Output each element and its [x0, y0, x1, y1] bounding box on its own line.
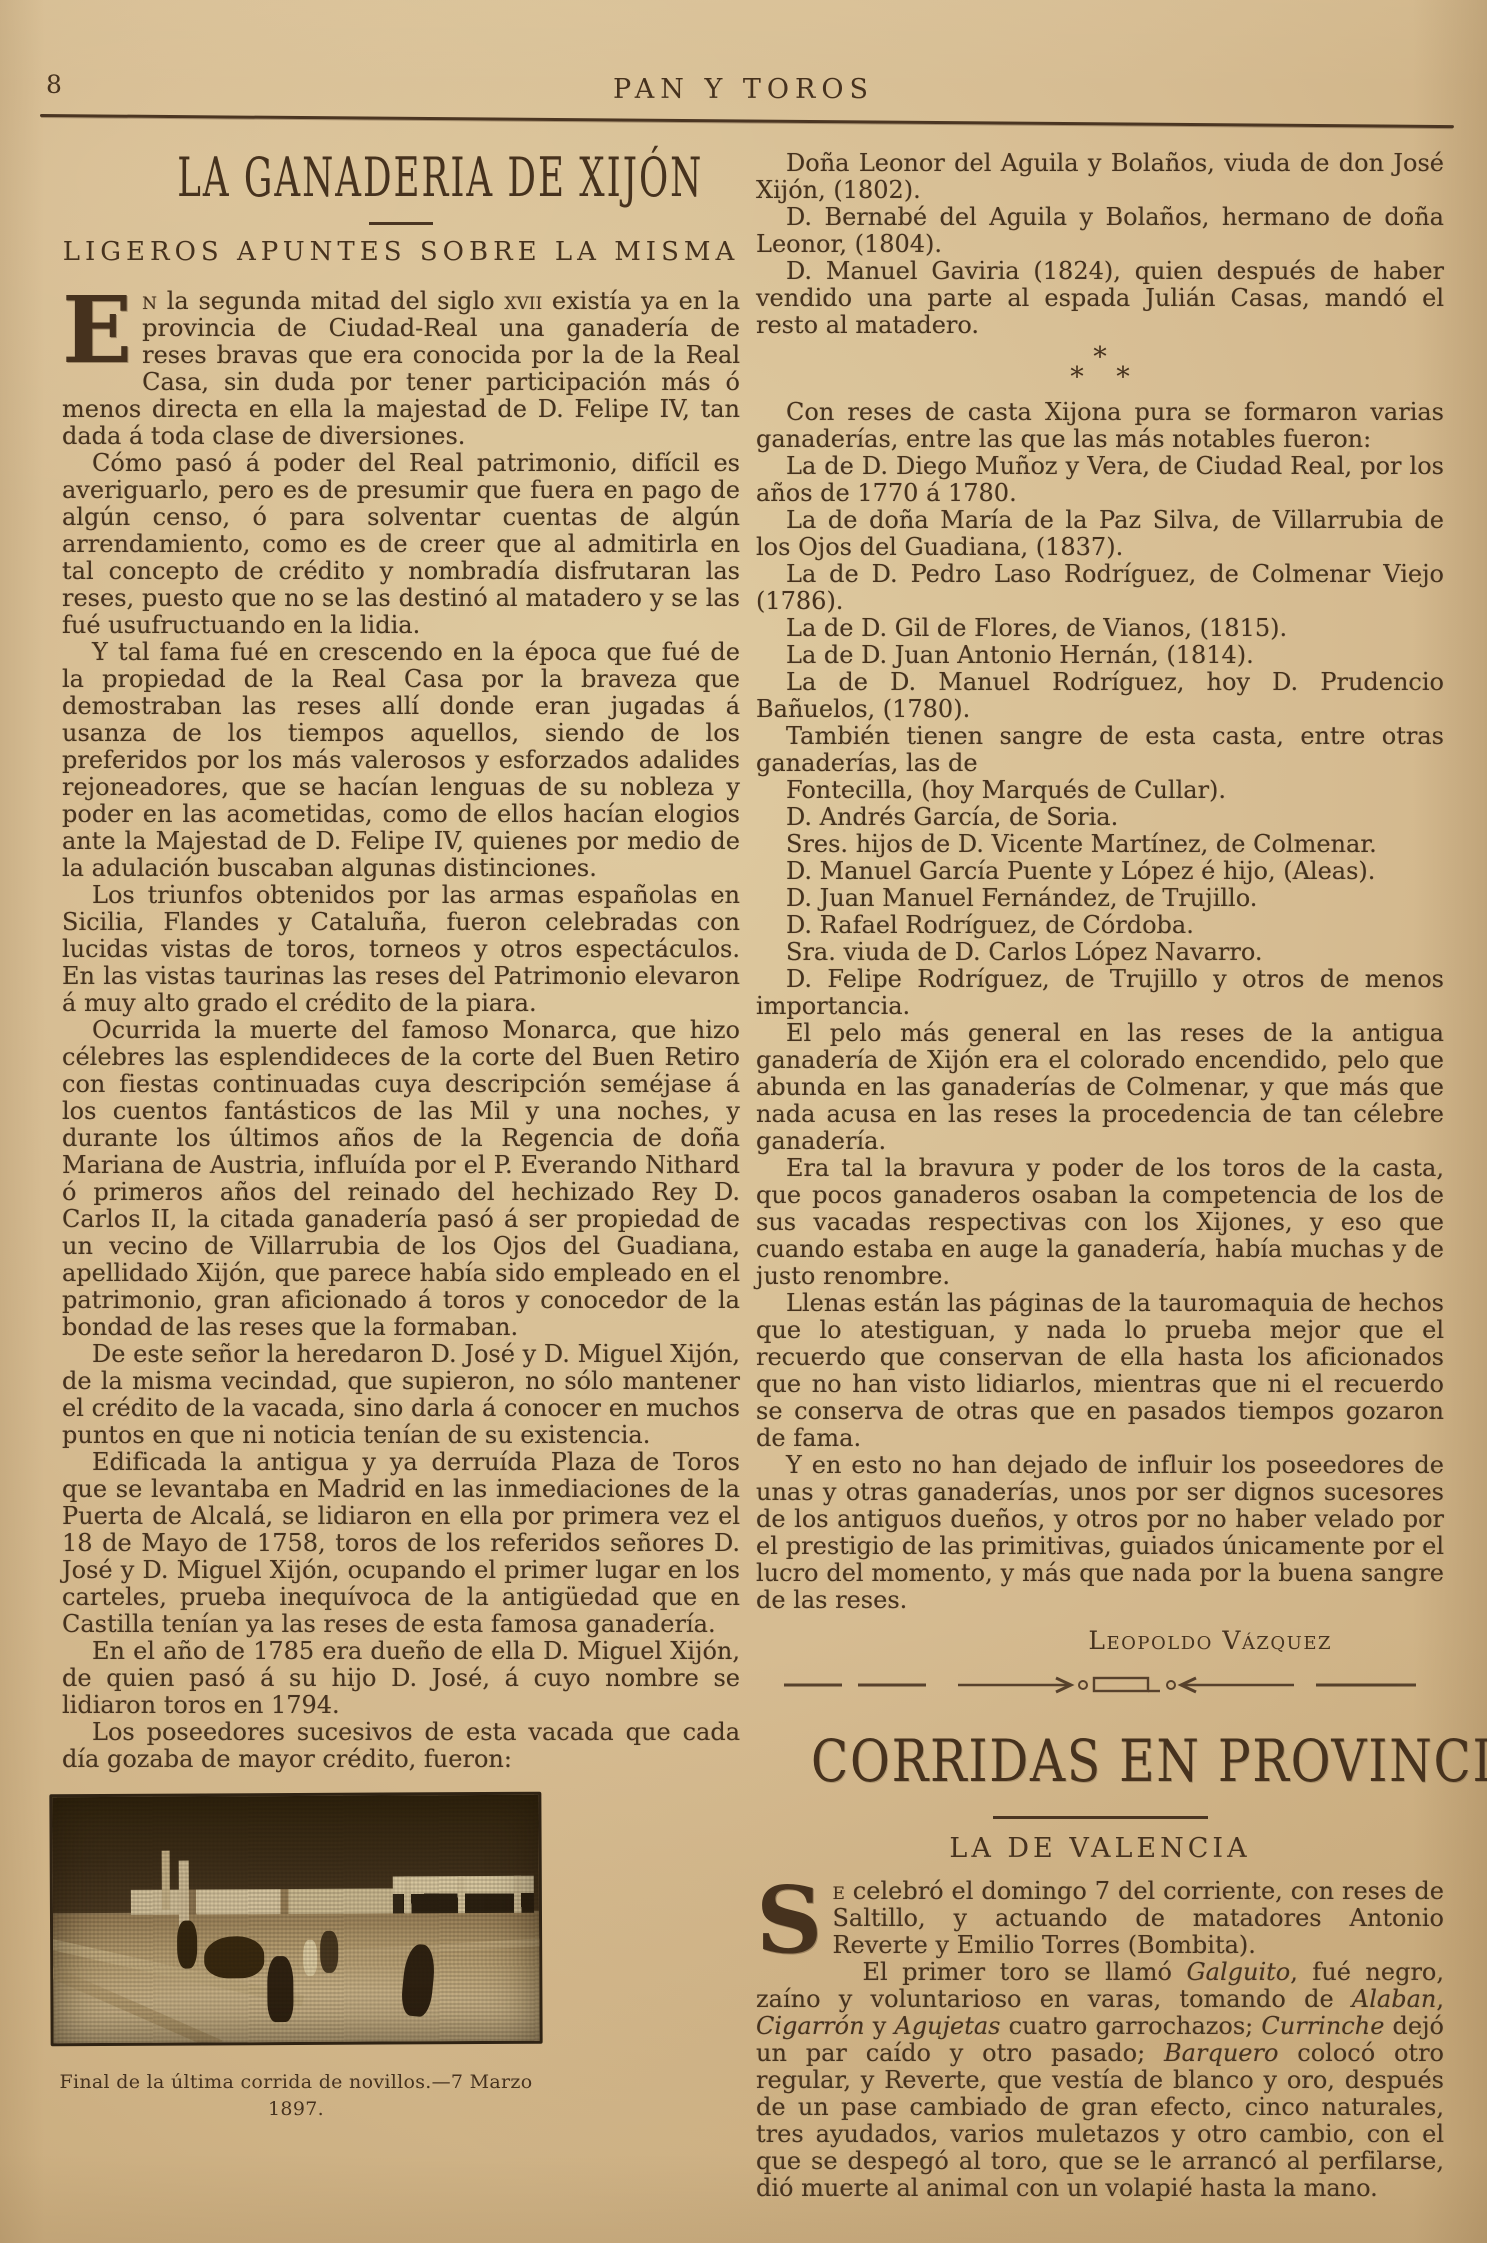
asterism-bottom: * * — [756, 368, 1444, 388]
paragraph: Cómo pasó á poder del Real patrimonio, d… — [62, 450, 740, 639]
section-divider-ornament — [756, 1670, 1444, 1706]
paragraph: De este señor la heredaron D. José y D. … — [62, 1341, 740, 1449]
text-run: cuatro garrochazos; — [1000, 2012, 1261, 2040]
text-run: Sra. viuda de D. Carlos López Navarro. — [786, 938, 1263, 966]
text-run: D. Rafael Rodríguez, de Córdoba. — [786, 911, 1194, 939]
paragraph: D. Juan Manuel Fernández, de Trujillo. — [756, 885, 1444, 912]
arrow-ornament-icon — [780, 1670, 1420, 1700]
text-run: e — [832, 1877, 844, 1905]
text-run: La de D. Pedro Laso Rodríguez, de Colmen… — [756, 560, 1444, 615]
paragraph: D. Felipe Rodríguez, de Trujillo y otros… — [756, 966, 1444, 1020]
text-run: También tienen sangre de esta casta, ent… — [756, 722, 1444, 777]
text-run: Sres. hijos de D. Vicente Martínez, de C… — [786, 830, 1377, 858]
text-run: Doña Leonor del Aguila y Bolaños, viuda … — [756, 149, 1444, 204]
paragraph: Ocurrida la muerte del famoso Monarca, q… — [62, 1017, 740, 1341]
paragraph: La de D. Diego Muñoz y Vera, de Ciudad R… — [756, 453, 1444, 507]
text-run: Los poseedores sucesivos de esta vacada … — [62, 1718, 740, 1773]
text-run: El primer toro se llamó — [862, 1958, 1186, 1986]
paragraph: La de doña María de la Paz Silva, de Vil… — [756, 507, 1444, 561]
article-body-valencia: Se celebró el domingo 7 del corriente, c… — [756, 1878, 1444, 2202]
bullring-photo — [49, 1792, 542, 2047]
masthead-title: PAN Y TOROS — [0, 74, 1487, 105]
text-run: En el año de 1785 era dueño de ella D. M… — [62, 1637, 740, 1719]
author-signature: Leopoldo Vázquez — [756, 1627, 1444, 1654]
text-run: n — [142, 287, 157, 315]
paragraph: D. Rafael Rodríguez, de Córdoba. — [756, 912, 1444, 939]
article-body-right-top: Doña Leonor del Aguila y Bolaños, viuda … — [756, 150, 1444, 339]
paragraph: También tienen sangre de esta casta, ent… — [756, 723, 1444, 777]
photo-art-vignette — [52, 1795, 539, 2044]
drop-cap: S — [756, 1883, 820, 1963]
left-column: LA GANADERIA DE XIJÓN LIGEROS APUNTES SO… — [62, 148, 740, 2123]
drop-cap: E — [62, 293, 130, 373]
text-run: D. Andrés García, de Soria. — [786, 803, 1118, 831]
text-run: Barquero — [1164, 2039, 1278, 2067]
text-run: De este señor la heredaron D. José y D. … — [62, 1340, 740, 1449]
text-run: Con reses de casta Xijona pura se formar… — [756, 398, 1444, 453]
text-run: , — [1436, 1985, 1444, 2013]
text-run: Currinche — [1261, 2012, 1384, 2040]
paragraph: Sres. hijos de D. Vicente Martínez, de C… — [756, 831, 1444, 858]
text-run: xvii — [504, 287, 542, 315]
paragraph: El primer toro se llamó Galguito, fué ne… — [756, 1959, 1444, 2202]
paragraph: D. Bernabé del Aguila y Bolaños, hermano… — [756, 204, 1444, 258]
text-run: Ocurrida la muerte del famoso Monarca, q… — [62, 1016, 740, 1341]
text-run: Edificada la antigua y ya derruída Plaza… — [62, 1448, 740, 1638]
text-run: Y tal fama fué en crescendo en la época … — [62, 638, 740, 882]
text-run: Galguito — [1187, 1958, 1291, 1986]
text-run: La de doña María de la Paz Silva, de Vil… — [756, 506, 1444, 561]
paragraph: Y tal fama fué en crescendo en la época … — [62, 639, 740, 882]
paragraph: Edificada la antigua y ya derruída Plaza… — [62, 1449, 740, 1638]
text-run: Y en esto no han dejado de influir los p… — [756, 1451, 1444, 1614]
text-run: Cigarrón — [756, 2012, 865, 2040]
text-run: D. Juan Manuel Fernández, de Trujillo. — [786, 884, 1257, 912]
article-subtitle: LIGEROS APUNTES SOBRE LA MISMA — [62, 239, 740, 266]
section-subtitle: LA DE VALENCIA — [756, 1835, 1444, 1862]
paragraph: Llenas están las páginas de la tauromaqu… — [756, 1290, 1444, 1452]
section-title-rule — [993, 1816, 1208, 1819]
paragraph: Era tal la bravura y poder de los toros … — [756, 1155, 1444, 1290]
text-run: La de D. Diego Muñoz y Vera, de Ciudad R… — [756, 452, 1444, 507]
article-body-right-main: Con reses de casta Xijona pura se formar… — [756, 399, 1444, 1614]
article-body-left: En la segunda mitad del siglo xvii exist… — [62, 288, 740, 1773]
text-run: Cómo pasó á poder del Real patrimonio, d… — [62, 449, 740, 639]
newspaper-page: 8 PAN Y TOROS LA GANADERIA DE XIJÓN LIGE… — [0, 0, 1487, 2243]
text-run: La de D. Juan Antonio Hernán, (1814). — [786, 641, 1254, 669]
paragraph: La de D. Juan Antonio Hernán, (1814). — [756, 642, 1444, 669]
text-run: Los triunfos obtenidos por las armas esp… — [62, 881, 740, 1017]
text-run: Llenas están las páginas de la tauromaqu… — [756, 1289, 1444, 1452]
paragraph: D. Manuel García Puente y López é hijo, … — [756, 858, 1444, 885]
paragraph: Doña Leonor del Aguila y Bolaños, viuda … — [756, 150, 1444, 204]
section-title: CORRIDAS EN PROVINCIAS — [811, 1728, 1389, 1794]
paragraph: En el año de 1785 era dueño de ella D. M… — [62, 1638, 740, 1719]
text-run: El pelo más general en las reses de la a… — [756, 1019, 1444, 1155]
photo-figure: Final de la última corrida de novillos.—… — [50, 1793, 542, 2123]
text-run: la segunda mitad del siglo — [157, 287, 504, 315]
text-run: D. Manuel Gaviria (1824), quien después … — [756, 257, 1444, 339]
paragraph: La de D. Gil de Flores, de Vianos, (1815… — [756, 615, 1444, 642]
paragraph: En la segunda mitad del siglo xvii exist… — [62, 288, 740, 450]
text-run: D. Felipe Rodríguez, de Trujillo y otros… — [756, 965, 1444, 1020]
text-run: D. Manuel García Puente y López é hijo, … — [786, 857, 1375, 885]
right-column: Doña Leonor del Aguila y Bolaños, viuda … — [756, 150, 1444, 2202]
header-rule — [40, 114, 1454, 128]
text-run: D. Bernabé del Aguila y Bolaños, hermano… — [756, 203, 1444, 258]
text-run: La de D. Manuel Rodríguez, hoy D. Pruden… — [756, 668, 1444, 723]
text-run: Era tal la bravura y poder de los toros … — [756, 1154, 1444, 1290]
text-run: Fontecilla, (hoy Marqués de Cullar). — [786, 776, 1226, 804]
paragraph: Sra. viuda de D. Carlos López Navarro. — [756, 939, 1444, 966]
article-title: LA GANADERIA DE XIJÓN — [177, 150, 624, 206]
text-run: Agujetas — [894, 2012, 1000, 2040]
paragraph: La de D. Manuel Rodríguez, hoy D. Pruden… — [756, 669, 1444, 723]
paragraph: Los poseedores sucesivos de esta vacada … — [62, 1719, 740, 1773]
paragraph: La de D. Pedro Laso Rodríguez, de Colmen… — [756, 561, 1444, 615]
paragraph: D. Manuel Gaviria (1824), quien después … — [756, 258, 1444, 339]
asterism-divider: * * * — [756, 348, 1444, 388]
text-run: La de D. Gil de Flores, de Vianos, (1815… — [786, 614, 1287, 642]
paragraph: Con reses de casta Xijona pura se formar… — [756, 399, 1444, 453]
paragraph: Los triunfos obtenidos por las armas esp… — [62, 882, 740, 1017]
text-run: y — [865, 2012, 895, 2040]
text-run: celebró el domingo 7 del corriente, con … — [832, 1877, 1444, 1959]
title-rule — [369, 222, 433, 225]
paragraph: Fontecilla, (hoy Marqués de Cullar). — [756, 777, 1444, 804]
paragraph: Se celebró el domingo 7 del corriente, c… — [756, 1878, 1444, 1959]
paragraph: Y en esto no han dejado de influir los p… — [756, 1452, 1444, 1614]
paragraph: D. Andrés García, de Soria. — [756, 804, 1444, 831]
text-run: Alaban — [1352, 1985, 1436, 2013]
paragraph: El pelo más general en las reses de la a… — [756, 1020, 1444, 1155]
photo-caption: Final de la última corrida de novillos.—… — [50, 2069, 542, 2123]
